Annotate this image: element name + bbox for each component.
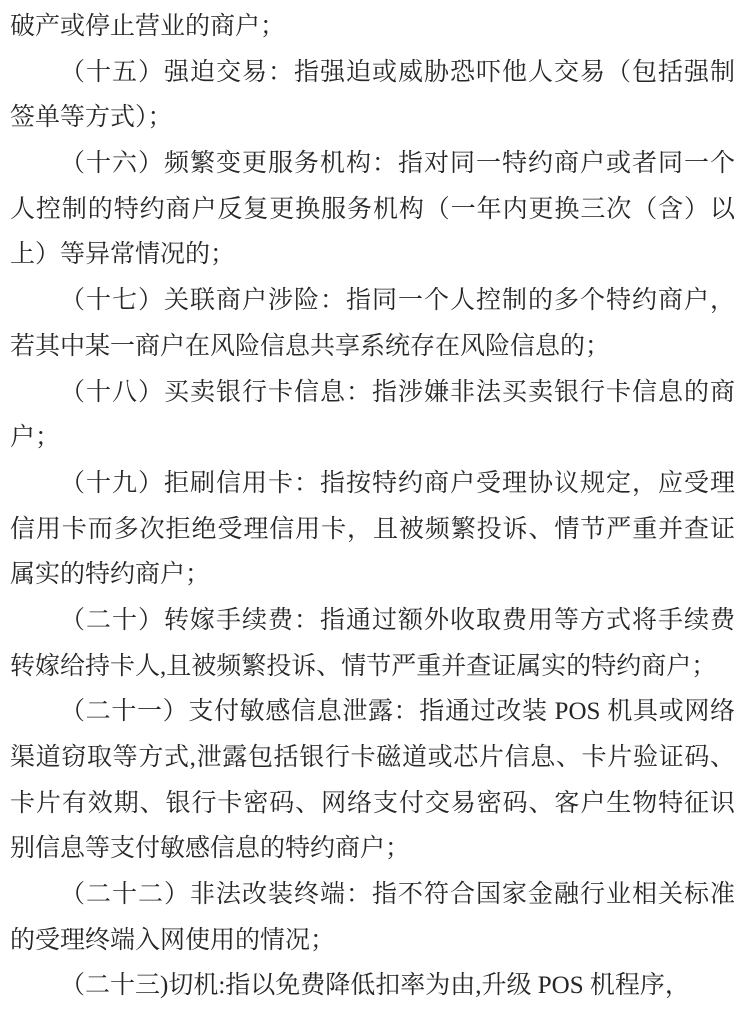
paragraph: （二十三)切机:指以免费降低扣率为由,升级 POS 机程序， <box>10 963 735 1009</box>
text-line: 渠道窃取等方式,泄露包括银行卡磁道或芯片信息、卡片验证码、 <box>10 735 735 781</box>
text-line: 属实的特约商户； <box>10 552 735 598</box>
text-line: （二十三)切机:指以免费降低扣率为由,升级 POS 机程序， <box>10 963 735 1009</box>
paragraph: （十五）强迫交易：指强迫或威胁恐吓他人交易（包括强制签单等方式）； <box>10 50 735 141</box>
text-line: （十八）买卖银行卡信息：指涉嫌非法买卖银行卡信息的商 <box>10 370 735 416</box>
text-line: （十九）拒刷信用卡：指按特约商户受理协议规定，应受理 <box>10 461 735 507</box>
text-line: （二十）转嫁手续费：指通过额外收取费用等方式将手续费 <box>10 598 735 644</box>
text-line: 若其中某一商户在风险信息共享系统存在风险信息的； <box>10 324 735 370</box>
text-line: 人控制的特约商户反复更换服务机构（一年内更换三次（含）以 <box>10 187 735 233</box>
text-line: 卡片有效期、银行卡密码、网络支付交易密码、客户生物特征识 <box>10 781 735 827</box>
text-line: （十五）强迫交易：指强迫或威胁恐吓他人交易（包括强制 <box>10 50 735 96</box>
paragraph: （十七）关联商户涉险：指同一个人控制的多个特约商户，若其中某一商户在风险信息共享… <box>10 278 735 369</box>
text-line: 转嫁给持卡人,且被频繁投诉、情节严重并查证属实的特约商户； <box>10 644 735 690</box>
paragraph: （十六）频繁变更服务机构：指对同一特约商户或者同一个人控制的特约商户反复更换服务… <box>10 141 735 278</box>
text-line: 的受理终端入网使用的情况； <box>10 918 735 964</box>
text-line: 破产或停止营业的商户； <box>10 4 735 50</box>
paragraph: （二十二）非法改装终端：指不符合国家金融行业相关标准的受理终端入网使用的情况； <box>10 872 735 963</box>
text-line: （十七）关联商户涉险：指同一个人控制的多个特约商户， <box>10 278 735 324</box>
text-line: 户； <box>10 415 735 461</box>
text-line: 信用卡而多次拒绝受理信用卡，且被频繁投诉、情节严重并查证 <box>10 507 735 553</box>
document-page: 破产或停止营业的商户；（十五）强迫交易：指强迫或威胁恐吓他人交易（包括强制签单等… <box>0 0 749 1024</box>
text-line: （十六）频繁变更服务机构：指对同一特约商户或者同一个 <box>10 141 735 187</box>
text-line: （二十二）非法改装终端：指不符合国家金融行业相关标准 <box>10 872 735 918</box>
paragraph: （二十）转嫁手续费：指通过额外收取费用等方式将手续费转嫁给持卡人,且被频繁投诉、… <box>10 598 735 689</box>
paragraph: 破产或停止营业的商户； <box>10 4 735 50</box>
document-body: 破产或停止营业的商户；（十五）强迫交易：指强迫或威胁恐吓他人交易（包括强制签单等… <box>0 0 749 1024</box>
paragraph: （十九）拒刷信用卡：指按特约商户受理协议规定，应受理信用卡而多次拒绝受理信用卡，… <box>10 461 735 598</box>
text-line: 上）等异常情况的； <box>10 232 735 278</box>
text-line: （二十一）支付敏感信息泄露：指通过改装 POS 机具或网络 <box>10 689 735 735</box>
paragraph: （二十一）支付敏感信息泄露：指通过改装 POS 机具或网络渠道窃取等方式,泄露包… <box>10 689 735 872</box>
text-line: 签单等方式）； <box>10 95 735 141</box>
paragraph: （十八）买卖银行卡信息：指涉嫌非法买卖银行卡信息的商户； <box>10 370 735 461</box>
text-line: 别信息等支付敏感信息的特约商户； <box>10 826 735 872</box>
